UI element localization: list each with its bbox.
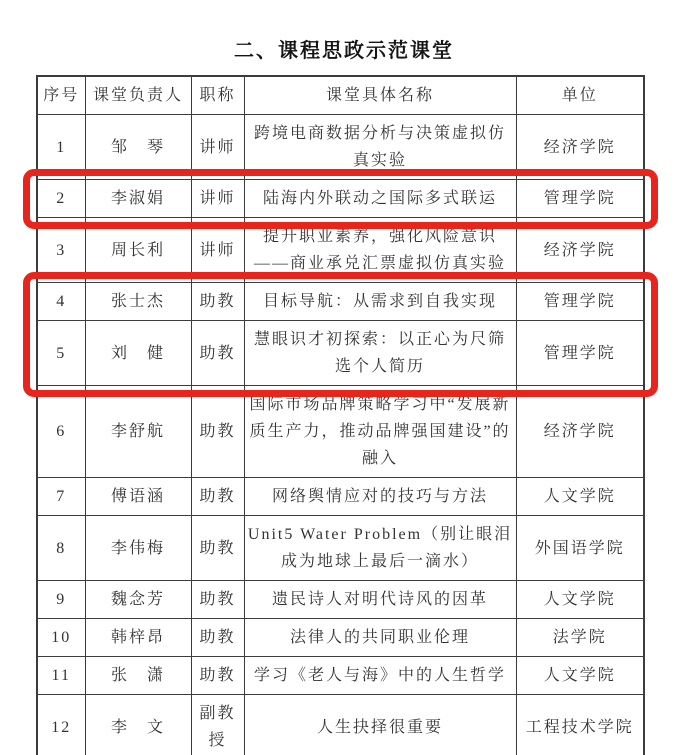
cell-title: 助教 (191, 581, 244, 619)
cell-course: 法律人的共同职业伦理 (244, 619, 516, 657)
table-row: 5 刘 健 助教 慧眼识才初探索：以正心为尺筛选个人简历 管理学院 (37, 321, 644, 386)
cell-leader: 邹 琴 (85, 115, 191, 180)
cell-no: 12 (37, 695, 85, 755)
cell-course: 人生抉择很重要 (244, 695, 516, 755)
cell-leader: 魏念芳 (85, 581, 191, 619)
col-header-no: 序号 (37, 76, 85, 115)
cell-title: 副教授 (191, 695, 244, 755)
cell-unit: 经济学院 (516, 386, 644, 478)
cell-unit: 人文学院 (516, 478, 644, 516)
cell-course: 慧眼识才初探索：以正心为尺筛选个人简历 (244, 321, 516, 386)
cell-unit: 管理学院 (516, 180, 644, 218)
col-header-unit: 单位 (516, 76, 644, 115)
cell-title: 助教 (191, 657, 244, 695)
cell-title: 助教 (191, 516, 244, 581)
cell-no: 3 (37, 218, 85, 283)
col-header-title: 职称 (191, 76, 244, 115)
cell-leader: 周长利 (85, 218, 191, 283)
col-header-course: 课堂具体名称 (244, 76, 516, 115)
table-row: 9 魏念芳 助教 遗民诗人对明代诗风的因革 人文学院 (37, 581, 644, 619)
cell-no: 11 (37, 657, 85, 695)
cell-leader: 李舒航 (85, 386, 191, 478)
cell-leader: 李伟梅 (85, 516, 191, 581)
table-row: 3 周长利 讲师 提升职业素养，强化风险意识——商业承兑汇票虚拟仿真实验 经济学… (37, 218, 644, 283)
cell-unit: 工程技术学院 (516, 695, 644, 755)
cell-leader: 李淑娟 (85, 180, 191, 218)
table-row: 6 李舒航 助教 国际市场品牌策略学习中“发展新质生产力，推动品牌强国建设”的融… (37, 386, 644, 478)
cell-unit: 管理学院 (516, 283, 644, 321)
cell-title: 讲师 (191, 218, 244, 283)
cell-no: 1 (37, 115, 85, 180)
cell-no: 10 (37, 619, 85, 657)
cell-leader: 韩梓昂 (85, 619, 191, 657)
cell-leader: 张士杰 (85, 283, 191, 321)
cell-course: 遗民诗人对明代诗风的因革 (244, 581, 516, 619)
cell-no: 5 (37, 321, 85, 386)
course-table: 序号 课堂负责人 职称 课堂具体名称 单位 1 邹 琴 讲师 跨境电商数据分析与… (36, 75, 645, 755)
cell-leader: 李 文 (85, 695, 191, 755)
header-row: 序号 课堂负责人 职称 课堂具体名称 单位 (37, 76, 644, 115)
cell-unit: 管理学院 (516, 321, 644, 386)
cell-course: 网络舆情应对的技巧与方法 (244, 478, 516, 516)
table-row: 7 傅语涵 助教 网络舆情应对的技巧与方法 人文学院 (37, 478, 644, 516)
cell-no: 2 (37, 180, 85, 218)
cell-course: 国际市场品牌策略学习中“发展新质生产力，推动品牌强国建设”的融入 (244, 386, 516, 478)
cell-leader: 刘 健 (85, 321, 191, 386)
cell-course: 陆海内外联动之国际多式联运 (244, 180, 516, 218)
cell-title: 助教 (191, 478, 244, 516)
col-header-leader: 课堂负责人 (85, 76, 191, 115)
table-row: 4 张士杰 助教 目标导航：从需求到自我实现 管理学院 (37, 283, 644, 321)
cell-course: Unit5 Water Problem（别让眼泪成为地球上最后一滴水） (244, 516, 516, 581)
cell-course: 目标导航：从需求到自我实现 (244, 283, 516, 321)
cell-no: 7 (37, 478, 85, 516)
cell-leader: 傅语涵 (85, 478, 191, 516)
cell-no: 8 (37, 516, 85, 581)
cell-course: 提升职业素养，强化风险意识——商业承兑汇票虚拟仿真实验 (244, 218, 516, 283)
cell-leader: 张 潇 (85, 657, 191, 695)
cell-unit: 人文学院 (516, 657, 644, 695)
cell-no: 9 (37, 581, 85, 619)
cell-course: 跨境电商数据分析与决策虚拟仿真实验 (244, 115, 516, 180)
cell-title: 讲师 (191, 115, 244, 180)
cell-title: 助教 (191, 321, 244, 386)
table-row: 8 李伟梅 助教 Unit5 Water Problem（别让眼泪成为地球上最后… (37, 516, 644, 581)
cell-unit: 外国语学院 (516, 516, 644, 581)
table-row: 11 张 潇 助教 学习《老人与海》中的人生哲学 人文学院 (37, 657, 644, 695)
table-row: 1 邹 琴 讲师 跨境电商数据分析与决策虚拟仿真实验 经济学院 (37, 115, 644, 180)
cell-unit: 经济学院 (516, 218, 644, 283)
table-row: 10 韩梓昂 助教 法律人的共同职业伦理 法学院 (37, 619, 644, 657)
cell-course: 学习《老人与海》中的人生哲学 (244, 657, 516, 695)
cell-title: 助教 (191, 619, 244, 657)
cell-unit: 法学院 (516, 619, 644, 657)
cell-title: 助教 (191, 283, 244, 321)
page-title: 二、课程思政示范课堂 (0, 34, 688, 63)
table-row: 2 李淑娟 讲师 陆海内外联动之国际多式联运 管理学院 (37, 180, 644, 218)
table-row: 12 李 文 副教授 人生抉择很重要 工程技术学院 (37, 695, 644, 755)
cell-no: 4 (37, 283, 85, 321)
cell-title: 讲师 (191, 180, 244, 218)
cell-unit: 人文学院 (516, 581, 644, 619)
cell-unit: 经济学院 (516, 115, 644, 180)
cell-title: 助教 (191, 386, 244, 478)
cell-no: 6 (37, 386, 85, 478)
